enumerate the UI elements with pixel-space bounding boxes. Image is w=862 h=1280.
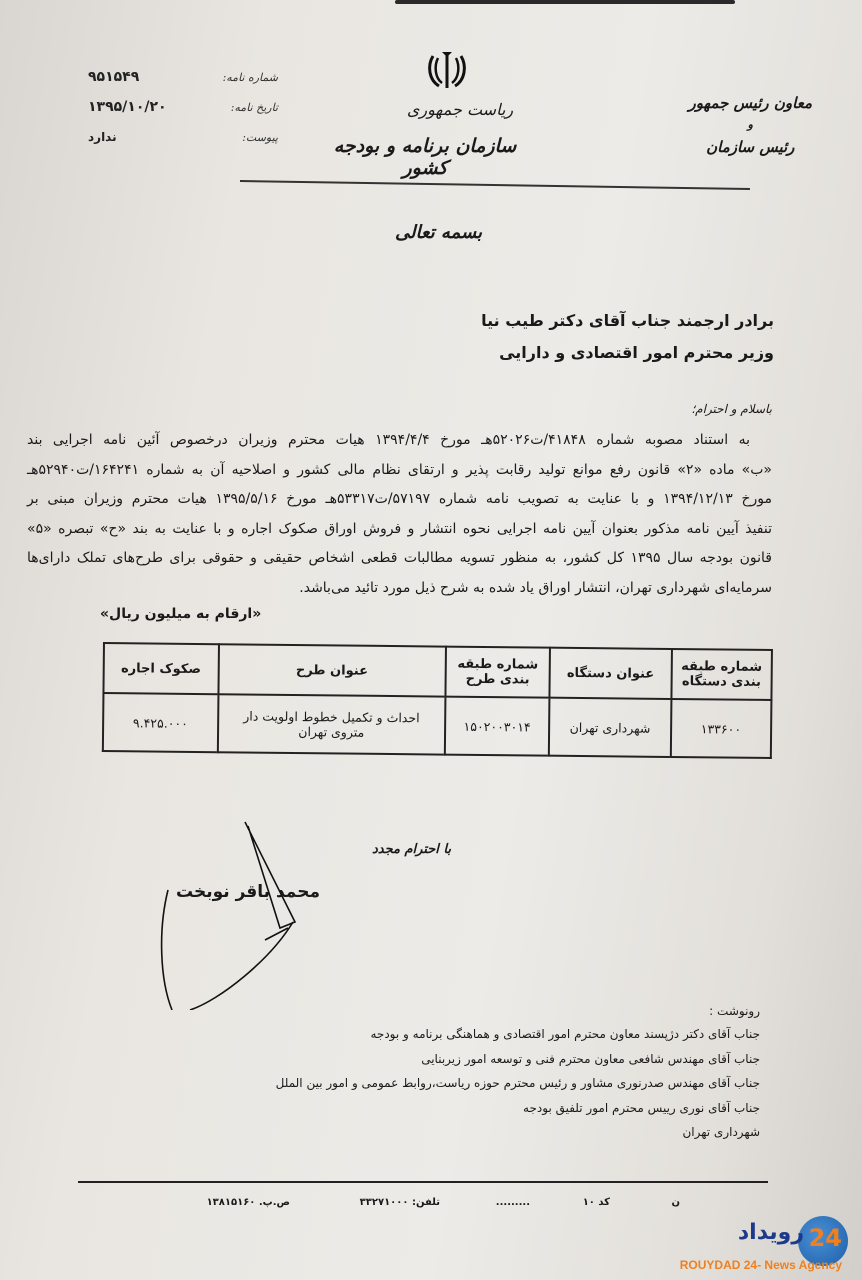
signature-icon xyxy=(150,810,450,1010)
attachment-value: ندارد xyxy=(88,130,117,144)
col-header-sukuk-amount: صکوک اجاره xyxy=(103,643,218,694)
vp-title: معاون رئیس جمهور و رئیس سازمان xyxy=(689,88,812,162)
footer-fragment: ......... xyxy=(496,1197,530,1208)
meta-attachment-row: پیوست: ندارد xyxy=(88,122,278,152)
body-line: به استناد مصوبه شماره ۴۱۸۴۸/ت۵۲۰۲۶هـ مور… xyxy=(27,426,772,456)
signer-name: محمد باقر نوبخت xyxy=(176,882,320,902)
footer-fragment: ن xyxy=(671,1197,680,1208)
number-label: شماره نامه: xyxy=(223,71,278,84)
org-line-presidency: ریاست جمهوری xyxy=(390,100,530,119)
vp-title-line3: رئیس سازمان xyxy=(689,132,812,162)
top-edge-bar xyxy=(395,0,735,4)
cell-agency-title: شهرداری تهران xyxy=(549,698,671,757)
col-header-project-code: شماره طبقه بندی طرح xyxy=(445,647,550,698)
table-unit-note: «ارقام به میلیون ریال» xyxy=(100,606,261,622)
cc-item: جناب آقای مهندس صدرنوری مشاور و رئیس محت… xyxy=(276,1071,760,1096)
addressee-line1: برادر ارجمند جناب آقای دکتر طیب نیا xyxy=(481,305,774,337)
logo-number: 24 xyxy=(809,1224,842,1252)
date-value: ۱۳۹۵/۱۰/۲۰ xyxy=(88,99,167,115)
attachment-label: پیوست: xyxy=(242,131,278,144)
cc-item: شهرداری تهران xyxy=(276,1120,760,1145)
cc-label: رونوشت : xyxy=(709,1004,760,1018)
logo-en: ROUYDAD 24- News Agency xyxy=(680,1258,842,1272)
body-line: تنفیذ آیین نامه مذکور بعنوان آیین نامه ا… xyxy=(27,515,772,545)
cell-sukuk-amount: ۹.۴۲۵.۰۰۰ xyxy=(103,693,218,752)
sukuk-table: شماره طبقه بندی دستگاه عنوان دستگاه شمار… xyxy=(102,642,773,759)
footer-divider xyxy=(78,1181,768,1183)
body-line: مورخ ۱۳۹۴/۱۲/۱۳ و با عنایت به تصویب نامه… xyxy=(27,485,772,515)
vp-title-line1: معاون رئیس جمهور xyxy=(689,88,812,118)
greeting: باسلام و احترام؛ xyxy=(691,402,772,416)
number-value: ۹۵۱۵۴۹ xyxy=(88,69,139,85)
table-row: ۱۳۳۶۰۰ شهرداری تهران ۱۵۰۲۰۰۳۰۱۴ احداث و … xyxy=(103,693,772,758)
org-line-pbo: سازمان برنامه و بودجه کشور xyxy=(330,135,520,179)
col-header-agency-title: عنوان دستگاه xyxy=(550,648,672,699)
letter-meta: شماره نامه: ۹۵۱۵۴۹ تاریخ نامه: ۱۳۹۵/۱۰/۲… xyxy=(88,62,278,152)
footer-fragment: کد ۱۰ xyxy=(583,1197,610,1208)
meta-number-row: شماره نامه: ۹۵۱۵۴۹ xyxy=(88,62,278,92)
cell-project-code: ۱۵۰۲۰۰۳۰۱۴ xyxy=(445,697,550,756)
cc-item: جناب آقای دکتر دژپسند معاون محترم امور ا… xyxy=(276,1022,760,1047)
col-header-agency-code: شماره طبقه بندی دستگاه xyxy=(671,649,772,700)
vp-title-line2: و xyxy=(689,118,812,132)
cell-project-title: احداث و تکمیل خطوط اولویت دار متروی تهرا… xyxy=(217,694,445,754)
addressee-line2: وزیر محترم امور اقتصادی و دارایی xyxy=(481,337,774,369)
cell-agency-code: ۱۳۳۶۰۰ xyxy=(670,699,771,758)
cc-item: جناب آقای مهندس شافعی معاون محترم فنی و … xyxy=(276,1047,760,1072)
cc-item: جناب آقای نوری رییس محترم امور تلفیق بود… xyxy=(276,1096,760,1121)
body-line: سرمایه‌ای شهرداری تهران، انتشار اوراق یا… xyxy=(27,574,772,604)
body-line: «ب» ماده «۲» قانون رفع موانع تولید رقابت… xyxy=(27,456,772,486)
header-divider xyxy=(240,180,750,190)
addressee: برادر ارجمند جناب آقای دکتر طیب نیا وزیر… xyxy=(481,305,774,369)
news-agency-watermark: 24 رویداد ROUYDAD 24- News Agency xyxy=(646,1214,856,1274)
logo-fa: رویداد xyxy=(738,1220,804,1245)
col-header-project-title: عنوان طرح xyxy=(218,644,446,696)
body-line: قانون بودجه سال ۱۳۹۵ کل کشور، به منظور ت… xyxy=(27,544,772,574)
iran-emblem-icon xyxy=(425,48,469,92)
bismillah: بسمه تعالی xyxy=(395,222,482,243)
date-label: تاریخ نامه: xyxy=(231,101,278,114)
table-header-row: شماره طبقه بندی دستگاه عنوان دستگاه شمار… xyxy=(103,643,771,700)
meta-date-row: تاریخ نامه: ۱۳۹۵/۱۰/۲۰ xyxy=(88,92,278,122)
footer-fragment: تلفن: ۳۳۲۷۱۰۰۰ xyxy=(360,1197,440,1208)
footer-fragment: ص.پ. ۱۳۸۱۵۱۶۰ xyxy=(207,1197,290,1208)
letter-body: به استناد مصوبه شماره ۴۱۸۴۸/ت۵۲۰۲۶هـ مور… xyxy=(27,426,772,603)
cc-list: جناب آقای دکتر دژپسند معاون محترم امور ا… xyxy=(276,1022,760,1145)
